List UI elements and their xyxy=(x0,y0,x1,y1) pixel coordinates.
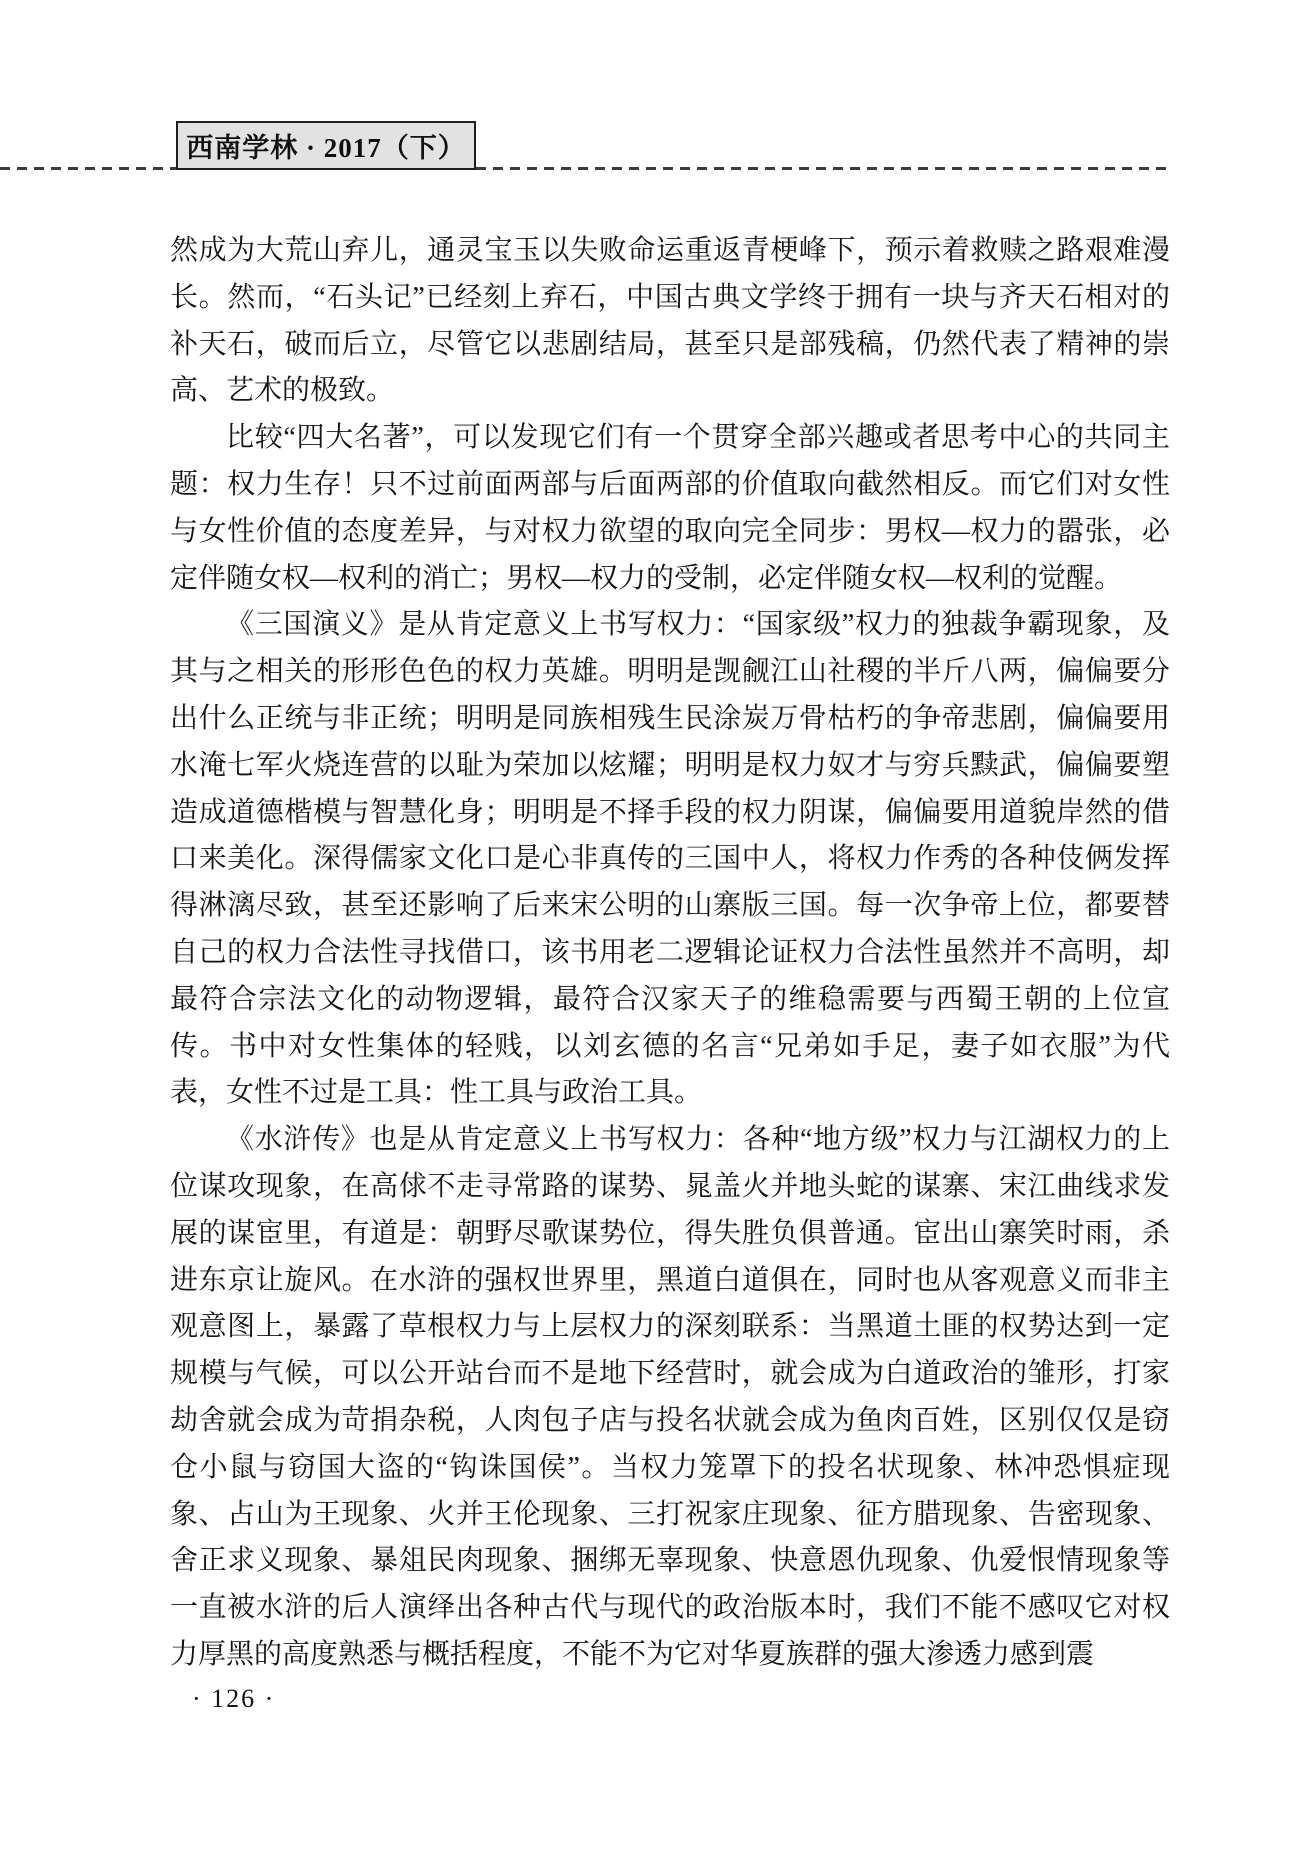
paragraph: 《三国演义》是从肯定意义上书写权力：“国家级”权力的独裁争霸现象，及其与之相关的… xyxy=(170,602,1170,1117)
paragraph: 然成为大荒山弃儿，通灵宝玉以失败命运重返青梗峰下，预示着救赎之路艰难漫长。然而，… xyxy=(170,228,1170,415)
paragraph: 《水浒传》也是从肯定意义上书写权力：各种“地方级”权力与江湖权力的上位谋攻现象，… xyxy=(170,1117,1170,1679)
journal-header-box: 西南学林 · 2017（下） xyxy=(176,121,476,170)
paragraph: 比较“四大名著”，可以发现它们有一个贯穿全部兴趣或者思考中心的共同主题：权力生存… xyxy=(170,415,1170,602)
page-number: · 126 · xyxy=(192,1684,275,1714)
article-body: 然成为大荒山弃儿，通灵宝玉以失败命运重返青梗峰下，预示着救赎之路艰难漫长。然而，… xyxy=(170,228,1170,1679)
journal-title: 西南学林 · 2017（下） xyxy=(186,126,466,165)
document-page: 西南学林 · 2017（下） 然成为大荒山弃儿，通灵宝玉以失败命运重返青梗峰下，… xyxy=(0,0,1307,1859)
